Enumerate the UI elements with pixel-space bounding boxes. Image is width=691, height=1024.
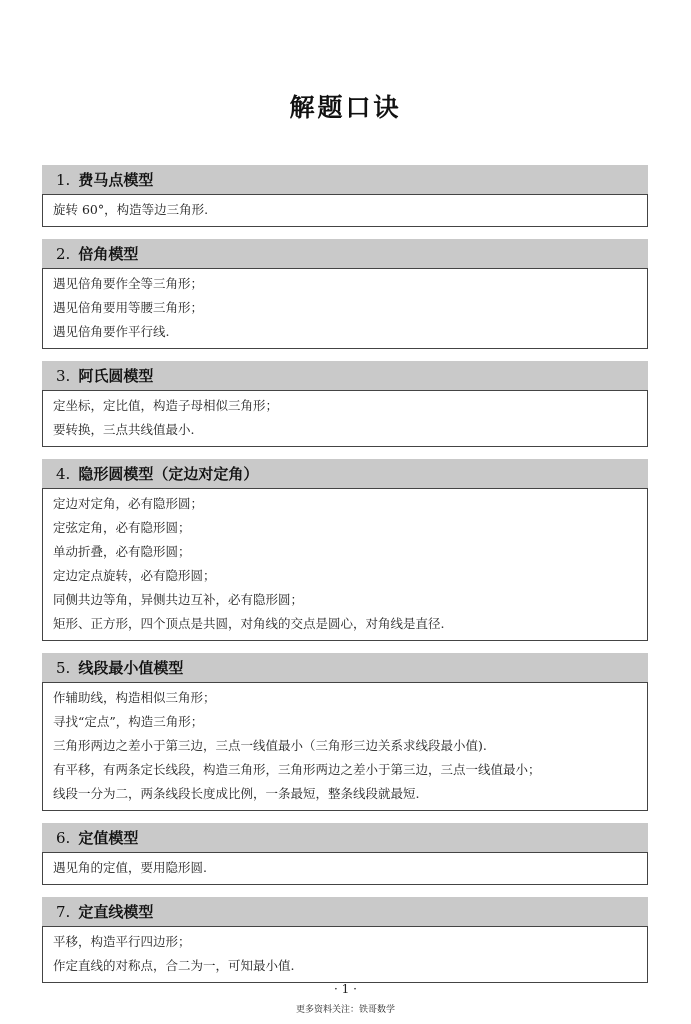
rule-line: 平移，构造平行四边形；: [53, 930, 637, 954]
section-title: 线段最小值模型: [78, 659, 183, 677]
rule-line: 寻找“定点”，构造三角形；: [53, 710, 637, 734]
rule-line: 定弦定角，必有隐形圆；: [53, 516, 637, 540]
section-body: 定边对定角，必有隐形圆； 定弦定角，必有隐形圆； 单动折叠，必有隐形圆； 定边定…: [42, 488, 648, 641]
rule-line: 旋转 60°，构造等边三角形.: [53, 198, 637, 222]
rule-line: 遇见角的定值，要用隐形圆.: [53, 856, 637, 880]
sections-list: 1.费马点模型 旋转 60°，构造等边三角形. 2.倍角模型 遇见倍角要作全等三…: [42, 165, 648, 995]
section-number: 5.: [56, 659, 70, 677]
section-header: 6.定值模型: [42, 823, 648, 852]
section-number: 3.: [56, 367, 70, 385]
rule-line: 作定直线的对称点，合二为一，可知最小值.: [53, 954, 637, 978]
section-body: 遇见倍角要作全等三角形； 遇见倍角要用等腰三角形； 遇见倍角要作平行线.: [42, 268, 648, 349]
rule-line: 遇见倍角要作平行线.: [53, 320, 637, 344]
page-number: · 1 ·: [0, 982, 691, 996]
rule-line: 三角形两边之差小于第三边，三点一线值最小（三角形三边关系求线段最小值).: [53, 734, 637, 758]
section-number: 1.: [56, 171, 70, 189]
section-fixed-line: 7.定直线模型 平移，构造平行四边形； 作定直线的对称点，合二为一，可知最小值.: [42, 897, 648, 983]
section-header: 2.倍角模型: [42, 239, 648, 268]
section-title: 定直线模型: [78, 903, 153, 921]
rule-line: 定边对定角，必有隐形圆；: [53, 492, 637, 516]
section-title: 阿氏圆模型: [78, 367, 153, 385]
rule-line: 遇见倍角要用等腰三角形；: [53, 296, 637, 320]
section-hidden-circle: 4.隐形圆模型（定边对定角） 定边对定角，必有隐形圆； 定弦定角，必有隐形圆； …: [42, 459, 648, 641]
section-number: 4.: [56, 465, 70, 483]
section-title: 费马点模型: [78, 171, 153, 189]
section-body: 定坐标，定比值，构造子母相似三角形； 要转换，三点共线值最小.: [42, 390, 648, 447]
rule-line: 定坐标，定比值，构造子母相似三角形；: [53, 394, 637, 418]
section-number: 2.: [56, 245, 70, 263]
section-apollonius: 3.阿氏圆模型 定坐标，定比值，构造子母相似三角形； 要转换，三点共线值最小.: [42, 361, 648, 447]
section-header: 4.隐形圆模型（定边对定角）: [42, 459, 648, 488]
rule-line: 遇见倍角要作全等三角形；: [53, 272, 637, 296]
section-body: 平移，构造平行四边形； 作定直线的对称点，合二为一，可知最小值.: [42, 926, 648, 983]
rule-line: 单动折叠，必有隐形圆；: [53, 540, 637, 564]
section-body: 遇见角的定值，要用隐形圆.: [42, 852, 648, 885]
section-header: 1.费马点模型: [42, 165, 648, 194]
rule-line: 线段一分为二，两条线段长度成比例，一条最短，整条线段就最短.: [53, 782, 637, 806]
rule-line: 矩形、正方形，四个顶点是共圆，对角线的交点是圆心，对角线是直径.: [53, 612, 637, 636]
section-fermat: 1.费马点模型 旋转 60°，构造等边三角形.: [42, 165, 648, 227]
footer-note: 更多资料关注：铁哥数学: [0, 1002, 691, 1015]
rule-line: 作辅助线，构造相似三角形；: [53, 686, 637, 710]
rule-line: 有平移，有两条定长线段，构造三角形，三角形两边之差小于第三边，三点一线值最小；: [53, 758, 637, 782]
rule-line: 定边定点旋转，必有隐形圆；: [53, 564, 637, 588]
section-fixed-value: 6.定值模型 遇见角的定值，要用隐形圆.: [42, 823, 648, 885]
section-segment-min: 5.线段最小值模型 作辅助线，构造相似三角形； 寻找“定点”，构造三角形； 三角…: [42, 653, 648, 811]
section-title: 隐形圆模型（定边对定角）: [78, 465, 258, 483]
section-header: 3.阿氏圆模型: [42, 361, 648, 390]
section-header: 5.线段最小值模型: [42, 653, 648, 682]
section-header: 7.定直线模型: [42, 897, 648, 926]
rule-line: 要转换，三点共线值最小.: [53, 418, 637, 442]
section-number: 7.: [56, 903, 70, 921]
section-number: 6.: [56, 829, 70, 847]
section-double-angle: 2.倍角模型 遇见倍角要作全等三角形； 遇见倍角要用等腰三角形； 遇见倍角要作平…: [42, 239, 648, 349]
section-body: 旋转 60°，构造等边三角形.: [42, 194, 648, 227]
section-body: 作辅助线，构造相似三角形； 寻找“定点”，构造三角形； 三角形两边之差小于第三边…: [42, 682, 648, 811]
section-title: 定值模型: [78, 829, 138, 847]
rule-line: 同侧共边等角，异侧共边互补，必有隐形圆；: [53, 588, 637, 612]
section-title: 倍角模型: [78, 245, 138, 263]
page-title: 解题口诀: [0, 88, 691, 124]
